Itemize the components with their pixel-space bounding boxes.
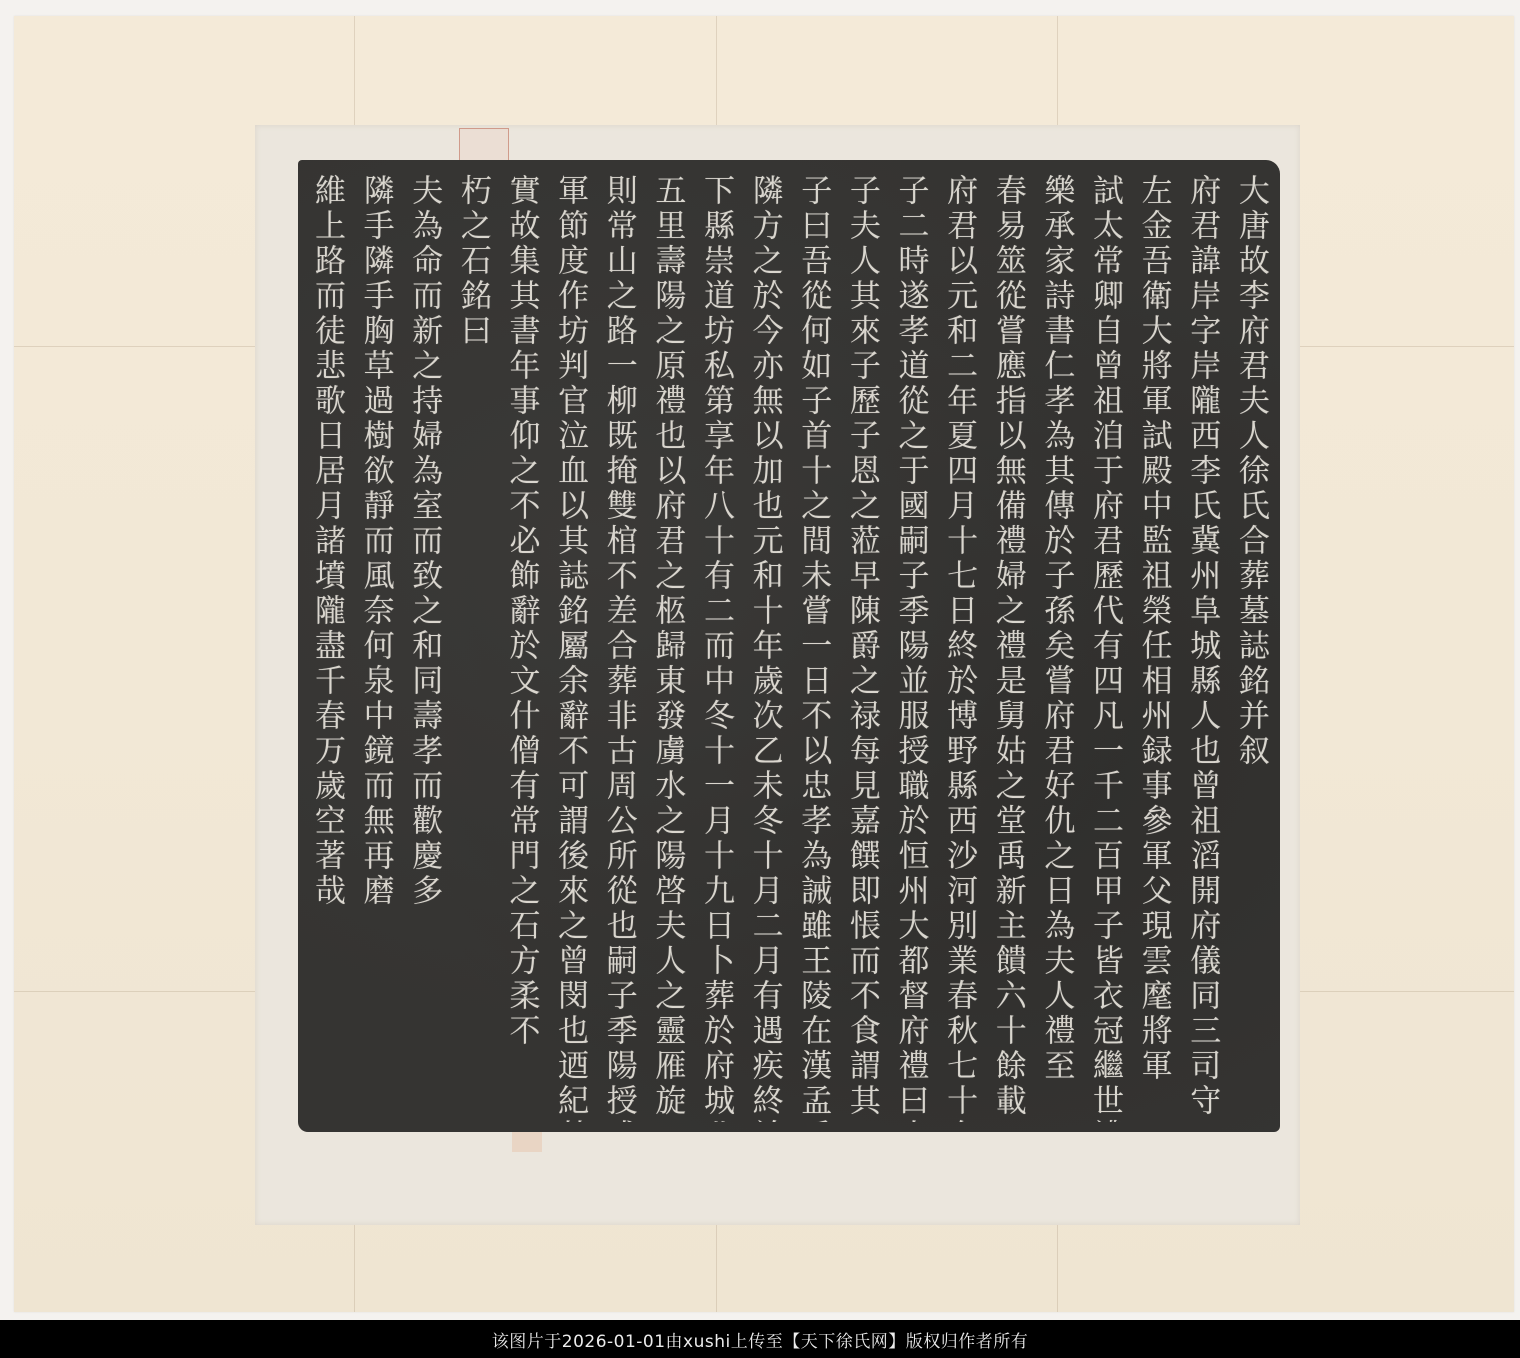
inscription-column: 府君諱岸字岸隴西李氏冀州阜城縣人也曾祖滔開府儀同三司守: [1183, 174, 1221, 1122]
epitaph-rubbing: 大唐故李府君夫人徐氏合葬墓誌銘并叙 府君諱岸字岸隴西李氏冀州阜城縣人也曾祖滔開府…: [298, 160, 1280, 1132]
seal-stain: [512, 1130, 542, 1152]
inscription-columns: 大唐故李府君夫人徐氏合葬墓誌銘并叙 府君諱岸字岸隴西李氏冀州阜城縣人也曾祖滔開府…: [308, 174, 1270, 1122]
inscription-column: 軍節度作坊判官泣血以其誌銘屬余辭不可謂後來之曾閔也迺紀其: [551, 174, 589, 1122]
photo-viewport: 大唐故李府君夫人徐氏合葬墓誌銘并叙 府君諱岸字岸隴西李氏冀州阜城縣人也曾祖滔開府…: [0, 0, 1520, 1320]
inscription-column-verse: 維上路而徒悲歌日居月諸墳隴盡千春万歲空著哉: [308, 174, 346, 1122]
inscription-column-title: 大唐故李府君夫人徐氏合葬墓誌銘并叙: [1232, 174, 1270, 1122]
copyright-caption-bar: 该图片于2026-01-01由xushi上传至【天下徐氏网】版权归作者所有: [0, 1320, 1520, 1358]
inscription-column: 子二時遂孝道從之于國嗣子季陽並服授職於恒州大都督府禮曰夫沒從: [892, 174, 930, 1122]
inscription-column: 子夫人其來子歷子恩之蒞早陳爵之禄每見嘉饌即悵而不食謂其: [843, 174, 881, 1122]
inscription-column: 朽之石銘曰: [454, 174, 492, 1122]
inscription-column: 則常山之路一柳既掩雙棺不差合葬非古周公所從也嗣子季陽授成德: [600, 174, 638, 1122]
inscription-column: 子曰吾從何如子首十之間未嘗一日不以忠孝為誡雖王陵在漢孟氏擇: [794, 174, 832, 1122]
inscription-column: 隣方之於今亦無以加也元和十年歲次乙未冬十月二月有遇疾終於郵: [746, 174, 784, 1122]
inscription-column: 五里壽陽之原禮也以府君之柩歸東發虜水之陽啓夫人之靈雁旋: [648, 174, 686, 1122]
copyright-caption: 该图片于2026-01-01由xushi上传至【天下徐氏网】版权归作者所有: [492, 1327, 1028, 1352]
inscription-column: 左金吾衛大將軍試殿中監祖榮任相州録事參軍父現雲麾將軍: [1135, 174, 1173, 1122]
collector-seal-stamp: [459, 128, 509, 164]
inscription-column: 實故集其書年事仰之不必飾辭於文什僧有常門之石方柔不: [503, 174, 541, 1122]
inscription-column-verse: 隣手隣手胸草過樹欲靜而風奈何泉中鏡而無再磨: [357, 174, 395, 1122]
inscription-column: 府君以元和二年夏四月十七日終於博野縣西沙河別業春秋七十有四有: [940, 174, 978, 1122]
inscription-column: 樂承家詩書仁孝為其傳於子孫矣嘗府君好仇之日為夫人禮至: [1037, 174, 1075, 1122]
inscription-column: 試太常卿自曾祖洎于府君歷代有四凡一千二百甲子皆衣冠繼世禮: [1086, 174, 1124, 1122]
inscription-column: 下縣崇道坊私第享年八十有二而中冬十一月十九日卜葬於府城北一十: [697, 174, 735, 1122]
inscription-column-verse: 夫為命而新之持婦為室而致之和同壽孝而歡慶多: [405, 174, 443, 1122]
inscription-column: 春易筮從嘗應指以無備禮婦之禮是舅姑之堂禹新主饋六十餘載: [989, 174, 1027, 1122]
